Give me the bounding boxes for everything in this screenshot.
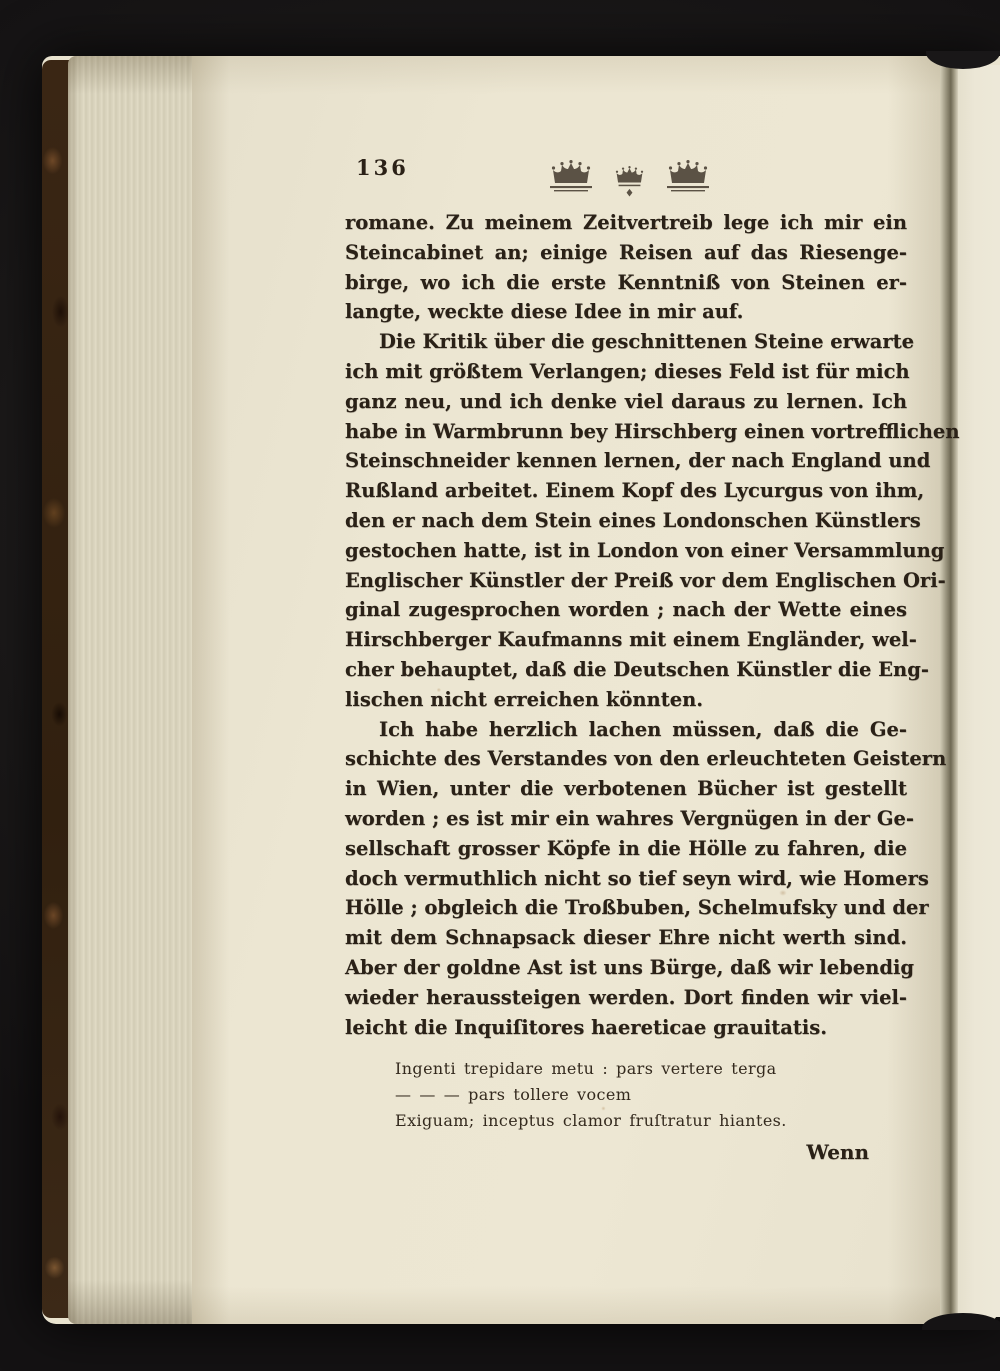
text-line: sellschaft grosser Köpfe in die Hölle zu… xyxy=(345,834,907,864)
page-number: 136 xyxy=(356,155,409,180)
text-line: worden ; es ist mir ein wahres Vergnügen… xyxy=(345,804,907,834)
binding-gutter-shadow xyxy=(940,56,958,1324)
text-line: doch vermuthlich nicht so tief seyn wird… xyxy=(345,864,907,894)
paragraph: Ich habe herzlich lachen müssen, daß die… xyxy=(345,715,907,1043)
crown-stamp-icon xyxy=(548,159,594,193)
paragraph: romane. Zu meinem Zeitvertreib lege ich … xyxy=(345,208,907,327)
text-line: Steinschneider kennen lernen, der nach E… xyxy=(345,446,907,476)
text-line: Hirschberger Kaufmanns mit einem Engländ… xyxy=(345,625,907,655)
body-text: romane. Zu meinem Zeitvertreib lege ich … xyxy=(345,208,907,1168)
text-line: cher behauptet, daß die Deutschen Künstl… xyxy=(345,655,907,685)
text-line: in Wien, unter die verbotenen Bücher ist… xyxy=(345,774,907,804)
text-line: birge, wo ich die erste Kenntniß von Ste… xyxy=(345,268,907,298)
book: 136 xyxy=(42,56,1000,1324)
catchword: Wenn xyxy=(345,1138,869,1168)
text-line: gestochen hatte, ist in London von einer… xyxy=(345,536,907,566)
text-line: romane. Zu meinem Zeitvertreib lege ich … xyxy=(345,208,907,238)
text-line: langte, weckte diese Idee in mir auf. xyxy=(345,297,907,327)
text-line: Hölle ; obgleich die Troßbuben, Schelmuf… xyxy=(345,893,907,923)
text-line: den er nach dem Stein eines Londonschen … xyxy=(345,506,907,536)
text-line: Die Kritik über die geschnittenen Steine… xyxy=(345,327,907,357)
text-line: mit dem Schnapsack dieser Ehre nicht wer… xyxy=(345,923,907,953)
paragraph: Die Kritik über die geschnittenen Steine… xyxy=(345,327,907,714)
text-line: ginal zugesprochen worden ; nach der Wet… xyxy=(345,595,907,625)
text-line: schichte des Verstandes von den erleucht… xyxy=(345,744,907,774)
text-line: Englischer Künstler der Preiß vor dem En… xyxy=(345,566,907,596)
text-line: Rußland arbeitet. Einem Kopf des Lycurgu… xyxy=(345,476,907,506)
text-line: wieder heraussteigen werden. Dort finden… xyxy=(345,983,907,1013)
text-line: habe in Warmbrunn bey Hirschberg einen v… xyxy=(345,417,907,447)
quote-line: Ingenti trepidare metu : pars vertere te… xyxy=(395,1056,907,1082)
text-line: ich mit größtem Verlangen; dieses Feld i… xyxy=(345,357,907,387)
crown-stamp-icon xyxy=(665,159,711,193)
text-line: leicht die Inquiſitores haereticae graui… xyxy=(345,1013,907,1043)
text-line: lischen nicht erreichen könnten. xyxy=(345,685,907,715)
facing-page-sliver xyxy=(958,65,1000,1317)
text-line: Ich habe herzlich lachen müssen, daß die… xyxy=(345,715,907,745)
text-line: Steincabinet an; einige Reisen auf das R… xyxy=(345,238,907,268)
quote-line: Exiguam; inceptus clamor fruſtratur hian… xyxy=(395,1108,907,1134)
text-line: ganz neu, und ich denke viel daraus zu l… xyxy=(345,387,907,417)
latin-quotation: Ingenti trepidare metu : pars vertere te… xyxy=(395,1056,907,1134)
three-crowns-stamp xyxy=(548,159,711,203)
crown-pendant-stamp-icon xyxy=(611,163,648,203)
photo-background: 136 xyxy=(0,0,1000,1371)
quote-line: — — — pars tollere vocem xyxy=(395,1082,907,1108)
text-line: Aber der goldne Ast ist uns Bürge, daß w… xyxy=(345,953,907,983)
